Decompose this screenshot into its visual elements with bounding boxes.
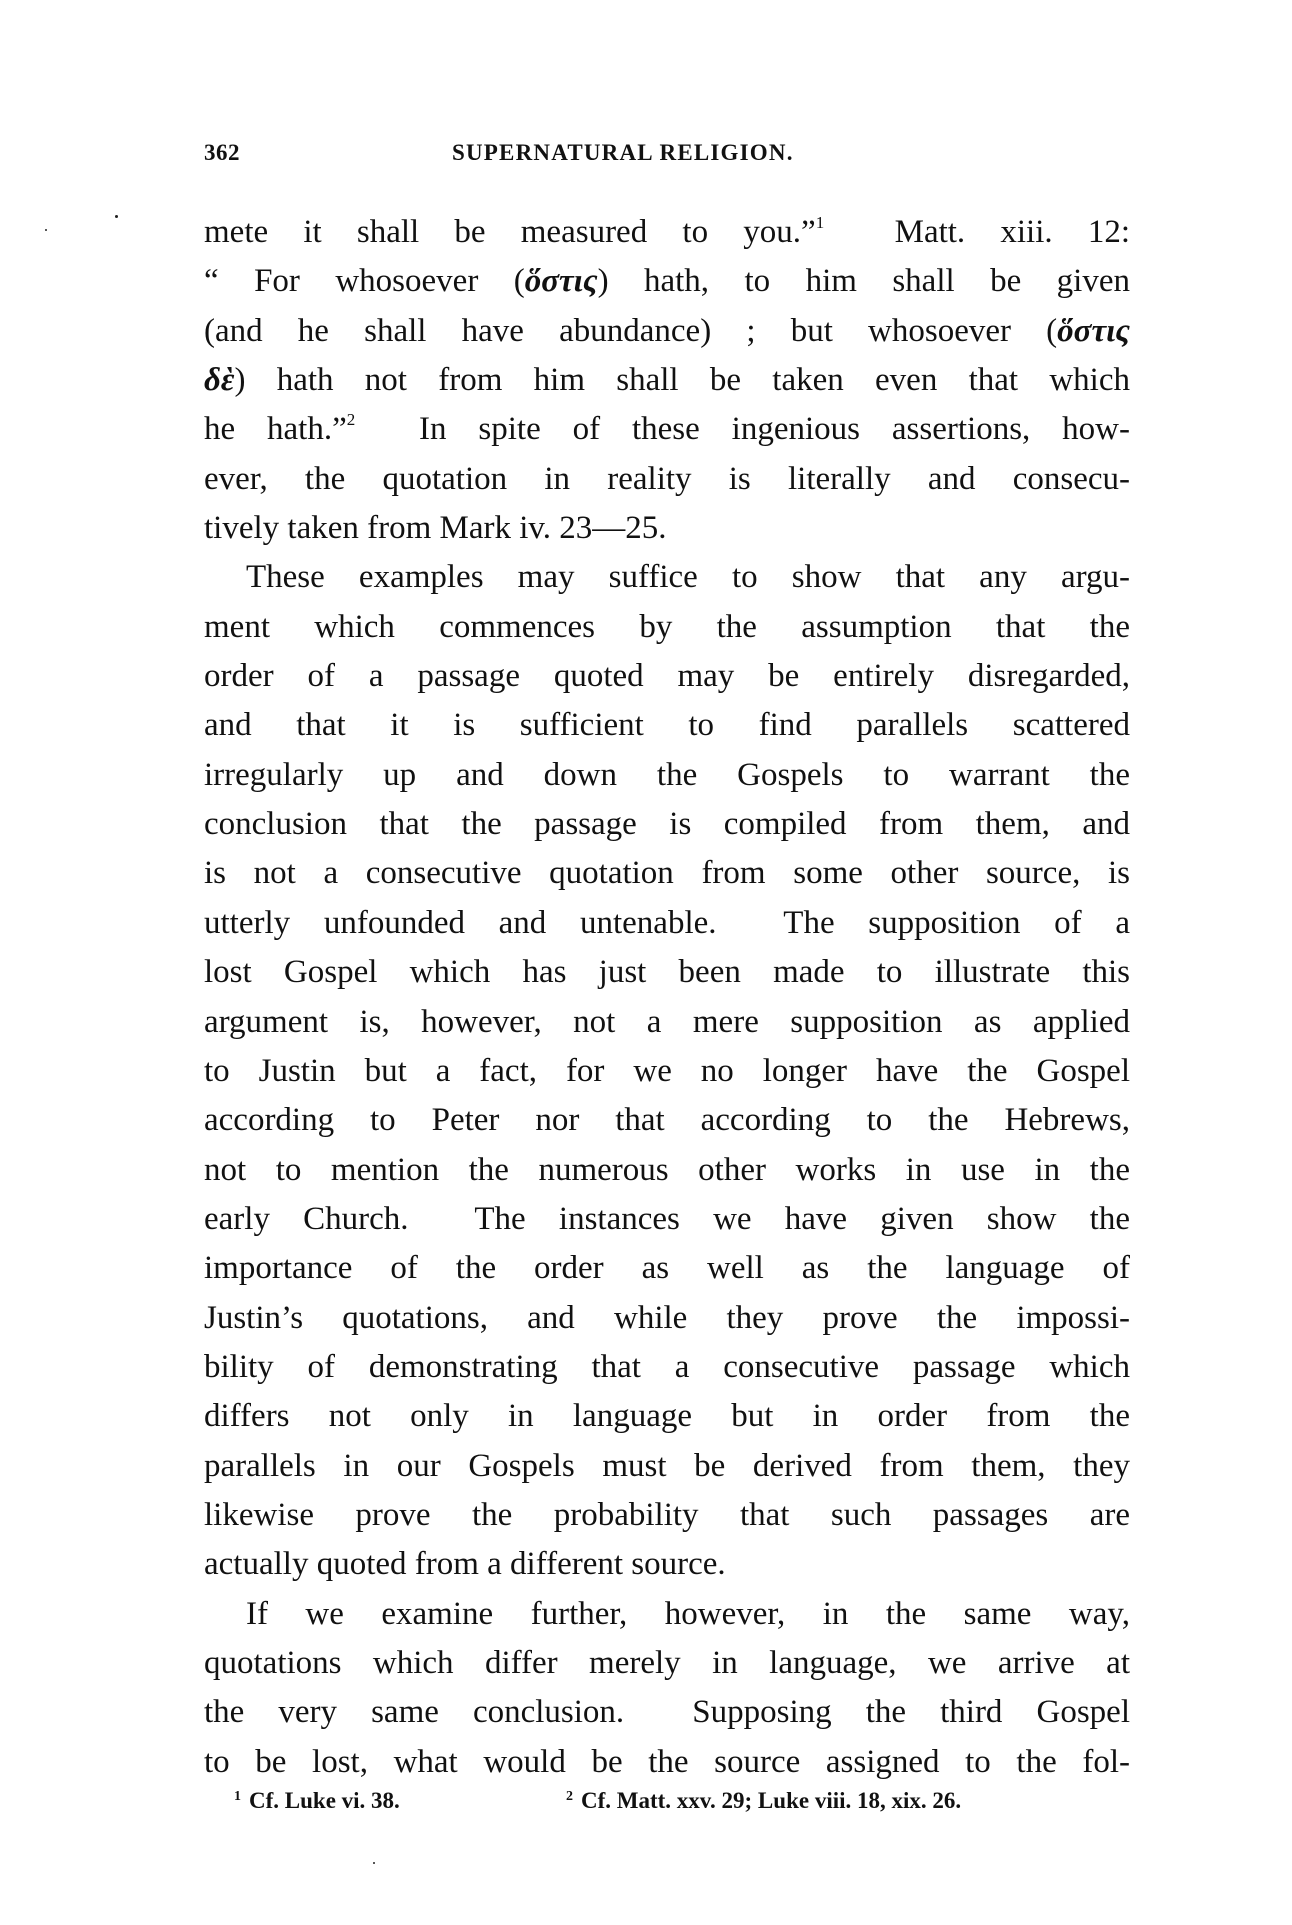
footnote-text: Cf. Luke vi. 38.	[249, 1788, 400, 1813]
text-run: he hath.”	[204, 411, 347, 447]
text-run: These examples may suffice to show that …	[246, 559, 1130, 595]
text-line: argument is, however, not a mere supposi…	[204, 998, 1130, 1047]
text-run: to be lost, what would be the source ass…	[204, 1744, 1130, 1780]
scan-speck	[373, 1862, 375, 1864]
footnote-mark: 1	[234, 1789, 241, 1804]
text-line: to Justin but a fact, for we no longer h…	[204, 1047, 1130, 1096]
text-run: differs not only in language but in orde…	[204, 1398, 1130, 1434]
text-line: differs not only in language but in orde…	[204, 1392, 1130, 1441]
text-run: bility of demonstrating that a consecuti…	[204, 1349, 1130, 1385]
text-line: the very same conclusion. Supposing the …	[204, 1688, 1130, 1737]
text-line: bility of demonstrating that a consecuti…	[204, 1343, 1130, 1392]
text-run: (and he shall have abundance) ; but whos…	[204, 313, 1057, 349]
text-line: to be lost, what would be the source ass…	[204, 1738, 1130, 1787]
running-head: 362 SUPERNATURAL RELIGION.	[204, 140, 1130, 170]
text-line: δὲ) hath not from him shall be taken eve…	[204, 356, 1130, 405]
text-run: ) hath, to him shall be given	[598, 263, 1130, 299]
text-run: mete it shall be measured to you.”	[204, 214, 816, 250]
text-run: lost Gospel which has just been made to …	[204, 954, 1130, 990]
text-run: “ For whosoever (	[204, 263, 525, 299]
text-line: not to mention the numerous other works …	[204, 1146, 1130, 1195]
text-line: actually quoted from a different source.	[204, 1540, 1130, 1589]
book-page: 362 SUPERNATURAL RELIGION. mete it shall…	[0, 0, 1292, 1925]
text-line: parallels in our Gospels must be derived…	[204, 1442, 1130, 1491]
greek-word: ὅστις	[525, 263, 598, 299]
text-line: If we examine further, however, in the s…	[204, 1590, 1130, 1639]
text-line: ment which commences by the assumption t…	[204, 603, 1130, 652]
text-run: the very same conclusion. Supposing the …	[204, 1694, 1130, 1730]
text-run: not to mention the numerous other works …	[204, 1152, 1130, 1188]
text-line: “ For whosoever (ὅστις) hath, to him sha…	[204, 257, 1130, 306]
text-line: and that it is sufficient to find parall…	[204, 701, 1130, 750]
paragraph: If we examine further, however, in the s…	[204, 1590, 1130, 1787]
text-line: irregularly up and down the Gospels to w…	[204, 751, 1130, 800]
footnote-reference: 1	[816, 213, 825, 232]
text-run: Matt. xiii. 12:	[824, 214, 1130, 250]
footnote-1: 1Cf. Luke vi. 38.	[234, 1788, 400, 1814]
text-line: likewise prove the probability that such…	[204, 1491, 1130, 1540]
text-run: tively taken from Mark iv. 23—25.	[204, 510, 667, 546]
body-text: mete it shall be measured to you.”1 Matt…	[204, 208, 1130, 1787]
text-run: irregularly up and down the Gospels to w…	[204, 757, 1130, 793]
scan-speck	[45, 229, 47, 231]
text-line: mete it shall be measured to you.”1 Matt…	[204, 208, 1130, 257]
footnotes: 1Cf. Luke vi. 38. 2Cf. Matt. xxv. 29; Lu…	[204, 1788, 1130, 1818]
text-run: parallels in our Gospels must be derived…	[204, 1448, 1130, 1484]
text-line: conclusion that the passage is compiled …	[204, 800, 1130, 849]
page-number: 362	[204, 140, 240, 166]
paragraph: These examples may suffice to show that …	[204, 553, 1130, 1589]
text-run: to Justin but a fact, for we no longer h…	[204, 1053, 1130, 1089]
text-line: utterly unfounded and untenable. The sup…	[204, 899, 1130, 948]
text-run: likewise prove the probability that such…	[204, 1497, 1130, 1533]
text-run: early Church. The instances we have give…	[204, 1201, 1130, 1237]
text-run: and that it is sufficient to find parall…	[204, 707, 1130, 743]
text-line: ever, the quotation in reality is litera…	[204, 455, 1130, 504]
text-run: order of a passage quoted may be entirel…	[204, 658, 1130, 694]
text-run: In spite of these ingenious assertions, …	[355, 411, 1130, 447]
text-line: importance of the order as well as the l…	[204, 1244, 1130, 1293]
text-line: early Church. The instances we have give…	[204, 1195, 1130, 1244]
text-line: These examples may suffice to show that …	[204, 553, 1130, 602]
text-run: ever, the quotation in reality is litera…	[204, 461, 1130, 497]
greek-word: ὅστις	[1057, 313, 1130, 349]
text-run: conclusion that the passage is compiled …	[204, 806, 1130, 842]
text-run: quotations which differ merely in langua…	[204, 1645, 1130, 1681]
running-title: SUPERNATURAL RELIGION.	[452, 140, 794, 166]
text-run: ment which commences by the assumption t…	[204, 609, 1130, 645]
footnote-reference: 2	[347, 410, 356, 429]
greek-word: δὲ	[204, 362, 234, 398]
text-run: according to Peter nor that according to…	[204, 1102, 1130, 1138]
text-run: actually quoted from a different source.	[204, 1546, 726, 1582]
text-run: If we examine further, however, in the s…	[246, 1596, 1130, 1632]
text-run: argument is, however, not a mere supposi…	[204, 1004, 1130, 1040]
text-line: is not a consecutive quotation from some…	[204, 849, 1130, 898]
text-line: according to Peter nor that according to…	[204, 1096, 1130, 1145]
scan-speck	[115, 215, 118, 218]
footnote-2: 2Cf. Matt. xxv. 29; Luke viii. 18, xix. …	[566, 1788, 961, 1814]
footnote-text: Cf. Matt. xxv. 29; Luke viii. 18, xix. 2…	[581, 1788, 961, 1813]
text-line: lost Gospel which has just been made to …	[204, 948, 1130, 997]
paragraph: mete it shall be measured to you.”1 Matt…	[204, 208, 1130, 553]
text-run: Justin’s quotations, and while they prov…	[204, 1300, 1130, 1336]
text-line: (and he shall have abundance) ; but whos…	[204, 307, 1130, 356]
text-line: order of a passage quoted may be entirel…	[204, 652, 1130, 701]
footnote-mark: 2	[566, 1789, 573, 1804]
text-run: importance of the order as well as the l…	[204, 1250, 1130, 1286]
text-line: Justin’s quotations, and while they prov…	[204, 1294, 1130, 1343]
text-run: utterly unfounded and untenable. The sup…	[204, 905, 1130, 941]
text-run: ) hath not from him shall be taken even …	[234, 362, 1130, 398]
text-line: tively taken from Mark iv. 23—25.	[204, 504, 1130, 553]
text-line: he hath.”2 In spite of these ingenious a…	[204, 405, 1130, 454]
text-line: quotations which differ merely in langua…	[204, 1639, 1130, 1688]
text-run: is not a consecutive quotation from some…	[204, 855, 1130, 891]
